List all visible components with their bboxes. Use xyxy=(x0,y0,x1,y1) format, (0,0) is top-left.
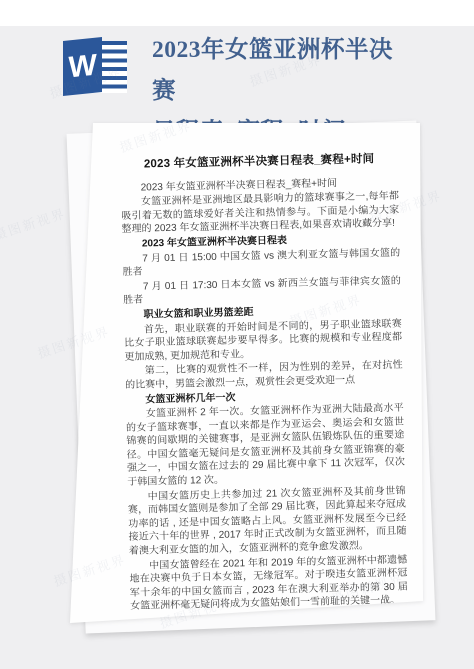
doc-paragraph: 中国女篮历史上共参加过 21 次女篮亚洲杯及其前身世锦赛，而韩国女篮则是参加了全… xyxy=(128,484,407,558)
top-white-strip xyxy=(0,0,474,26)
doc-body: 2023 年女篮亚洲杯半决赛日程表_赛程+时间女篮亚洲杯是亚洲地区最具影响力的篮… xyxy=(121,175,409,614)
doc-paragraph: 女篮亚洲杯 2 年一次。女篮亚洲杯作为亚洲大陆最高水平的女子篮球赛事，一直以来都… xyxy=(126,402,406,490)
document-front-page: 2023 年女篮亚洲杯半决赛日程表_赛程+时间 2023 年女篮亚洲杯半决赛日程… xyxy=(70,123,423,625)
doc-paragraph: 女篮亚洲杯是亚洲地区最具影响力的篮球赛事之一,每年都吸引着无数的篮球爱好者关注和… xyxy=(121,190,400,237)
document-title: 2023 年女篮亚洲杯半决赛日程表_赛程+时间 xyxy=(120,153,398,173)
document-content: 2023 年女篮亚洲杯半决赛日程表_赛程+时间 2023 年女篮亚洲杯半决赛日程… xyxy=(120,153,408,615)
doc-paragraph: 首先，职业联赛的开始时间是不同的，男子职业篮球联赛比女子职业篮球联赛起步要早得多… xyxy=(124,317,403,364)
document-preview: 2023 年女篮亚洲杯半决赛日程表_赛程+时间 2023 年女篮亚洲杯半决赛日程… xyxy=(70,123,423,625)
